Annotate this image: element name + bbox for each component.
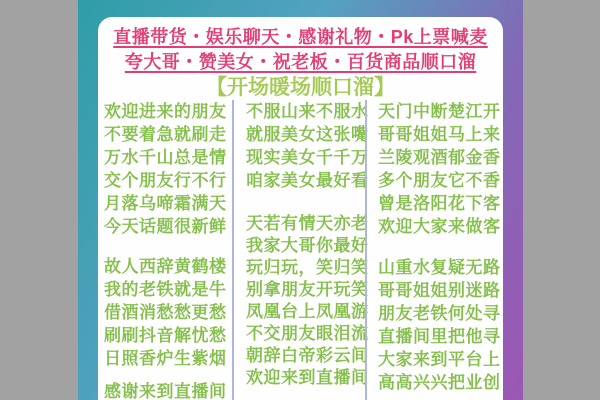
verse-block: 不服山来不服水 就服美女这张嘴 现实美女千千万 咱家美女最好看 <box>246 100 365 192</box>
verse-line: 故人西辞黄鹤楼 <box>104 255 232 278</box>
verse-line: 兰陵观酒郁金香 <box>378 146 503 169</box>
verse-block: 故人西辞黄鹤楼 我的老铁就是牛 借酒消愁愁更愁 刷刷抖音解忧愁 日照香炉生紫烟 <box>104 255 232 370</box>
verse-line: 曾是洛阳花下客 <box>378 192 503 215</box>
verse-line: 就服美女这张嘴 <box>246 123 365 146</box>
verse-column-1: 欢迎进来的朋友 不要着急就刷走 万水千山总是情 交个朋友行不行 月落乌啼霜满天 … <box>98 100 232 400</box>
verse-line: 现实美女千千万 <box>246 146 365 169</box>
verse-line: 交个朋友行不行 <box>104 169 232 192</box>
verse-line: 万水千山总是情 <box>104 146 232 169</box>
gradient-background: 直播带货・娱乐聊天・感谢礼物・Pk上票喊麦 夸大哥・赞美女・祝老板・百货商品顺口… <box>78 0 523 400</box>
verse-line: 多个朋友它不香 <box>378 169 503 192</box>
verse-block: 山重水复疑无路 哥哥姐姐别迷路 朋友老铁何处寻 直播间里把他寻 大家来到平台上 … <box>378 256 503 394</box>
verse-line: 感谢来到直播间 <box>104 380 232 400</box>
verse-line: 别拿朋友开玩笑 <box>246 279 365 301</box>
verse-line: 朋友老铁何处寻 <box>378 302 503 325</box>
verse-line: 朝辞白帝彩云间 <box>246 345 365 367</box>
poster-screenshot: 直播带货・娱乐聊天・感谢礼物・Pk上票喊麦 夸大哥・赞美女・祝老板・百货商品顺口… <box>0 0 600 400</box>
verse-line: 不交朋友眼泪流 <box>246 323 365 345</box>
banner-line-2: 夸大哥・赞美女・祝老板・百货商品顺口溜 <box>98 50 503 75</box>
verse-line: 山重水复疑无路 <box>378 256 503 279</box>
banner: 直播带货・娱乐聊天・感谢礼物・Pk上票喊麦 夸大哥・赞美女・祝老板・百货商品顺口… <box>98 25 503 75</box>
verse-line: 不要着急就刷走 <box>104 123 232 146</box>
verse-line: 月落乌啼霜满天 <box>104 192 232 215</box>
verse-line: 玩归玩，笑归笑 <box>246 257 365 279</box>
verse-line: 日照香炉生紫烟 <box>104 347 232 370</box>
verse-line: 刷刷抖音解忧愁 <box>104 324 232 347</box>
verse-line: 我家大哥你最好 <box>246 235 365 257</box>
verse-line: 凤凰台上凤凰游 <box>246 301 365 323</box>
verse-line: 欢迎进来的朋友 <box>104 100 232 123</box>
poster-card: 直播带货・娱乐聊天・感谢礼物・Pk上票喊麦 夸大哥・赞美女・祝老板・百货商品顺口… <box>98 17 503 400</box>
verse-line: 大家来到平台上 <box>378 348 503 371</box>
verse-line: 高高兴兴把业创 <box>378 371 503 394</box>
verse-line: 不服山来不服水 <box>246 100 365 123</box>
verse-line: 哥哥姐姐马上来 <box>378 123 503 146</box>
verse-column-2: 不服山来不服水 就服美女这张嘴 现实美女千千万 咱家美女最好看 天若有情天亦老 … <box>232 100 365 400</box>
verse-block: 天若有情天亦老 我家大哥你最好 玩归玩，笑归笑 别拿朋友开玩笑 凤凰台上凤凰游 … <box>246 213 365 389</box>
verse-line: 咱家美女最好看 <box>246 169 365 192</box>
verse-line: 我的老铁就是牛 <box>104 278 232 301</box>
verse-columns: 欢迎进来的朋友 不要着急就刷走 万水千山总是情 交个朋友行不行 月落乌啼霜满天 … <box>98 100 503 400</box>
verse-line: 哥哥姐姐别迷路 <box>378 279 503 302</box>
verse-column-3: 天门中断楚江开 哥哥姐姐马上来 兰陵观酒郁金香 多个朋友它不香 曾是洛阳花下客 … <box>365 100 503 400</box>
verse-block: 感谢来到直播间 <box>104 380 232 400</box>
verse-line: 直播间里把他寻 <box>378 325 503 348</box>
verse-block: 欢迎进来的朋友 不要着急就刷走 万水千山总是情 交个朋友行不行 月落乌啼霜满天 … <box>104 100 232 238</box>
verse-line: 今天话题很新鲜 <box>104 215 232 238</box>
section-title: 【开场暖场顺口溜】 <box>98 75 503 100</box>
banner-line-1: 直播带货・娱乐聊天・感谢礼物・Pk上票喊麦 <box>98 25 503 50</box>
verse-line: 天若有情天亦老 <box>246 213 365 235</box>
verse-line: 欢迎大家来做客 <box>378 215 503 238</box>
verse-line: 天门中断楚江开 <box>378 100 503 123</box>
verse-line: 欢迎来到直播间 <box>246 367 365 389</box>
verse-line: 借酒消愁愁更愁 <box>104 301 232 324</box>
verse-block: 天门中断楚江开 哥哥姐姐马上来 兰陵观酒郁金香 多个朋友它不香 曾是洛阳花下客 … <box>378 100 503 238</box>
